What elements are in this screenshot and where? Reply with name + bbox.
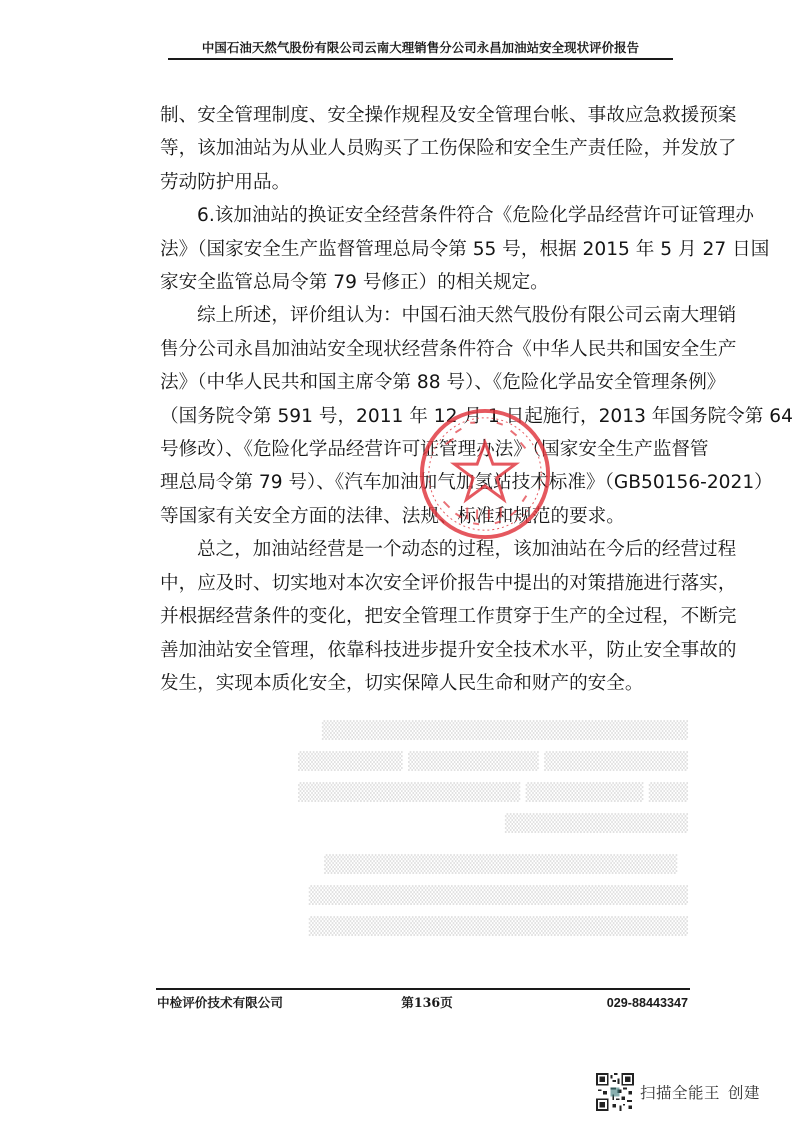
scanner-watermark: 扫描全能王创建 [596,1072,760,1112]
paragraph: 制、安全管理制度、安全操作规程及安全管理台帐、事故应急救援预案 等，该加油站为从… [160,99,690,199]
text-line: 等，该加油站为从业人员购买了工伤保险和安全生产责任险，并发放了 [160,132,690,165]
text-line: 总之，加油站经营是一个动态的过程，该加油站在今后的经营过程 [160,533,690,566]
text-line: 等国家有关安全方面的法律、法规、标准和规范的要求。 [160,500,690,533]
text-line: 理总局令第 79 号）、《汽车加油加气加氢站技术标准》（GB50156-2021… [160,466,690,499]
header-rule [168,58,673,60]
footer-rule [156,988,690,990]
footer-phone: 029-88443347 [607,995,688,1011]
text-line: 售分公司永昌加油站安全现状经营条件符合《中华人民共和国安全生产 [160,333,690,366]
paragraph: 综上所述，评价组认为：中国石油天然气股份有限公司云南大理销 售分公司永昌加油站安… [160,299,690,533]
footer-company: 中检评价技术有限公司 [157,995,283,1011]
text-line: 6.该加油站的换证安全经营条件符合《危险化学品经营许可证管理办 [160,199,690,232]
text-line: 发生，实现本质化安全，切实保障人民生命和财产的安全。 [160,667,690,700]
text-line: 家安全监管总局令第 79 号修正）的相关规定。 [160,266,690,299]
paragraph: 总之，加油站经营是一个动态的过程，该加油站在今后的经营过程 中，应及时、切实地对… [160,533,690,700]
bleed-through-text: ▒▒▒▒▒▒▒▒▒▒▒▒▒▒▒▒▒▒▒▒▒▒▒▒▒▒▒▒ ▒▒▒▒▒▒▒▒▒▒▒… [168,716,688,943]
text-line: 制、安全管理制度、安全操作规程及安全管理台帐、事故应急救援预案 [160,99,690,132]
document-page: 中国石油天然气股份有限公司云南大理销售分公司永昌加油站安全现状评价报告 制、安全… [0,0,793,1123]
text-line: 综上所述，评价组认为：中国石油天然气股份有限公司云南大理销 [160,299,690,332]
watermark-app-name: 扫描全能王 [640,1084,720,1102]
qr-code-icon [596,1073,634,1111]
running-header: 中国石油天然气股份有限公司云南大理销售分公司永昌加油站安全现状评价报告 [168,40,673,56]
text-line: 善加油站安全管理，依靠科技进步提升安全技术水平，防止安全事故的 [160,634,690,667]
body-text: 制、安全管理制度、安全操作规程及安全管理台帐、事故应急救援预案 等，该加油站为从… [160,99,690,700]
text-line: 法》（中华人民共和国主席令第 88 号）、《危险化学品安全管理条例》 [160,366,690,399]
text-line: 并根据经营条件的变化，把安全管理工作贯穿于生产的全过程，不断完 [160,600,690,633]
paragraph: 6.该加油站的换证安全经营条件符合《危险化学品经营许可证管理办 法》（国家安全生… [160,199,690,299]
text-line: 劳动防护用品。 [160,166,690,199]
watermark-action: 创建 [728,1084,760,1102]
text-line: 号修改）、《危险化学品经营许可证管理办法》（国家安全生产监督管 [160,433,690,466]
text-line: （国务院令第 591 号，2011 年 12 月 1 日起施行，2013 年国务… [160,400,690,433]
footer-page-number: 第136页 [382,995,472,1011]
text-line: 中，应及时、切实地对本次安全评价报告中提出的对策措施进行落实， [160,567,690,600]
watermark-text: 扫描全能王创建 [640,1081,760,1103]
text-line: 法》（国家安全生产监督管理总局令第 55 号，根据 2015 年 5 月 27 … [160,233,690,266]
